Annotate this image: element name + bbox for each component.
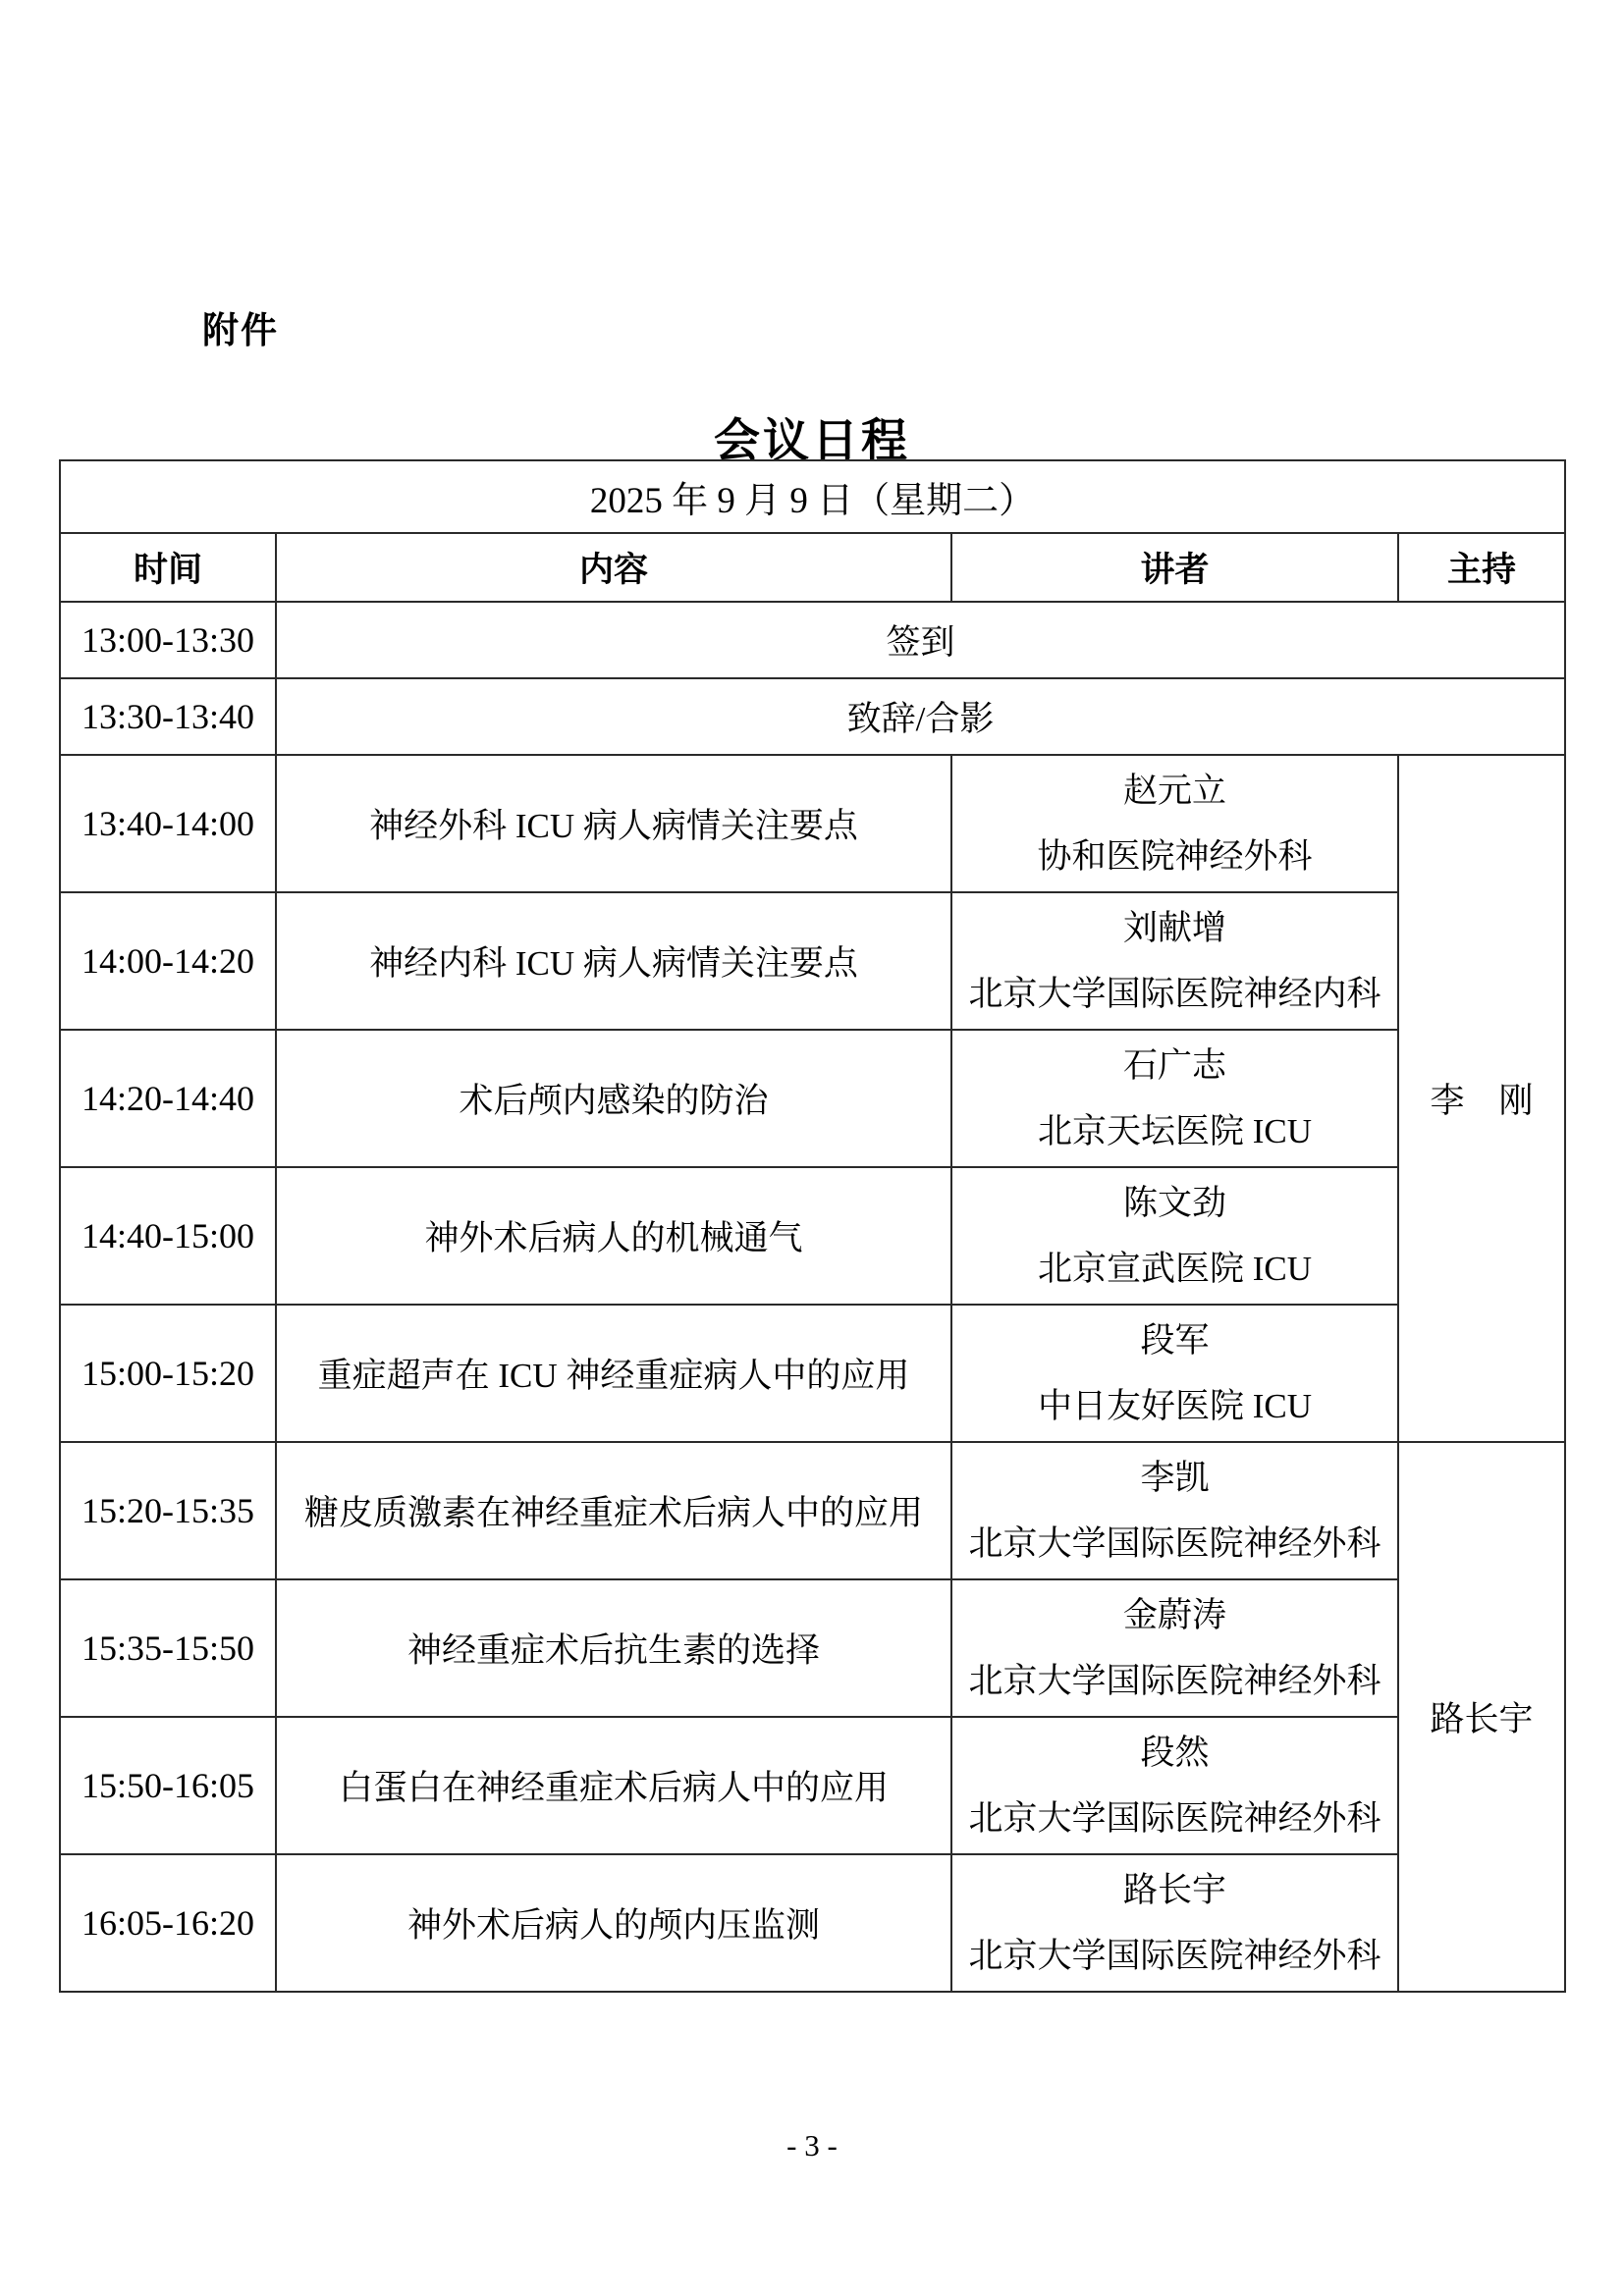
table-row: 15:35-15:50 神经重症术后抗生素的选择 金蔚涛 北京大学国际医院神经外…	[60, 1579, 1565, 1717]
page-number: - 3 -	[0, 2128, 1624, 2163]
content-cell: 神经重症术后抗生素的选择	[276, 1579, 951, 1717]
speaker-name: 段然	[952, 1720, 1397, 1786]
content-cell: 神经外科 ICU 病人病情关注要点	[276, 755, 951, 892]
time-cell: 13:40-14:00	[60, 755, 276, 892]
column-header-moderator: 主持	[1398, 533, 1565, 602]
moderator-cell: 路长宇	[1398, 1442, 1565, 1992]
content-cell: 白蛋白在神经重症术后病人中的应用	[276, 1717, 951, 1854]
time-cell: 14:00-14:20	[60, 892, 276, 1030]
speaker-name: 陈文劲	[952, 1170, 1397, 1236]
table-header-row: 时间 内容 讲者 主持	[60, 533, 1565, 602]
content-cell: 重症超声在 ICU 神经重症病人中的应用	[276, 1305, 951, 1442]
speaker-affiliation: 中日友好医院 ICU	[952, 1373, 1397, 1439]
speaker-affiliation: 协和医院神经外科	[952, 824, 1397, 889]
time-cell: 15:00-15:20	[60, 1305, 276, 1442]
speaker-cell: 路长宇 北京大学国际医院神经外科	[951, 1854, 1398, 1992]
speaker-affiliation: 北京宣武医院 ICU	[952, 1236, 1397, 1302]
speaker-affiliation: 北京大学国际医院神经内科	[952, 961, 1397, 1027]
table-row: 14:00-14:20 神经内科 ICU 病人病情关注要点 刘献增 北京大学国际…	[60, 892, 1565, 1030]
speaker-cell: 金蔚涛 北京大学国际医院神经外科	[951, 1579, 1398, 1717]
speaker-cell: 赵元立 协和医院神经外科	[951, 755, 1398, 892]
table-row: 14:20-14:40 术后颅内感染的防治 石广志 北京天坛医院 ICU	[60, 1030, 1565, 1167]
speaker-cell: 段然 北京大学国际医院神经外科	[951, 1717, 1398, 1854]
table-row-date: 2025 年 9 月 9 日（星期二）	[60, 460, 1565, 533]
table-row: 14:40-15:00 神外术后病人的机械通气 陈文劲 北京宣武医院 ICU	[60, 1167, 1565, 1305]
speaker-affiliation: 北京大学国际医院神经外科	[952, 1923, 1397, 1989]
time-cell: 13:00-13:30	[60, 602, 276, 678]
table-row: 15:20-15:35 糖皮质激素在神经重症术后病人中的应用 李凯 北京大学国际…	[60, 1442, 1565, 1579]
document-page: { "page": { "attachment_label": "附件", "t…	[0, 0, 1624, 2296]
speaker-name: 金蔚涛	[952, 1582, 1397, 1648]
speaker-cell: 陈文劲 北京宣武医院 ICU	[951, 1167, 1398, 1305]
column-header-speaker: 讲者	[951, 533, 1398, 602]
speaker-name: 赵元立	[952, 758, 1397, 824]
content-cell: 糖皮质激素在神经重症术后病人中的应用	[276, 1442, 951, 1579]
speaker-name: 段军	[952, 1308, 1397, 1373]
time-cell: 14:20-14:40	[60, 1030, 276, 1167]
speaker-name: 石广志	[952, 1033, 1397, 1098]
moderator-cell: 李 刚	[1398, 755, 1565, 1442]
column-header-time: 时间	[60, 533, 276, 602]
table-row: 15:00-15:20 重症超声在 ICU 神经重症病人中的应用 段军 中日友好…	[60, 1305, 1565, 1442]
speaker-affiliation: 北京天坛医院 ICU	[952, 1098, 1397, 1164]
attachment-label: 附件	[202, 300, 279, 353]
content-cell: 神经内科 ICU 病人病情关注要点	[276, 892, 951, 1030]
speaker-cell: 段军 中日友好医院 ICU	[951, 1305, 1398, 1442]
speaker-name: 刘献增	[952, 895, 1397, 961]
speaker-cell: 刘献增 北京大学国际医院神经内科	[951, 892, 1398, 1030]
content-cell: 签到	[276, 602, 1565, 678]
table-row: 13:30-13:40 致辞/合影	[60, 678, 1565, 755]
time-cell: 16:05-16:20	[60, 1854, 276, 1992]
speaker-cell: 石广志 北京天坛医院 ICU	[951, 1030, 1398, 1167]
table-row: 16:05-16:20 神外术后病人的颅内压监测 路长宇 北京大学国际医院神经外…	[60, 1854, 1565, 1992]
content-cell: 致辞/合影	[276, 678, 1565, 755]
table-row: 15:50-16:05 白蛋白在神经重症术后病人中的应用 段然 北京大学国际医院…	[60, 1717, 1565, 1854]
content-cell: 神外术后病人的颅内压监测	[276, 1854, 951, 1992]
time-cell: 15:20-15:35	[60, 1442, 276, 1579]
speaker-affiliation: 北京大学国际医院神经外科	[952, 1511, 1397, 1576]
content-cell: 术后颅内感染的防治	[276, 1030, 951, 1167]
agenda-table: 2025 年 9 月 9 日（星期二） 时间 内容 讲者 主持 13:00-13…	[59, 459, 1566, 1993]
time-cell: 13:30-13:40	[60, 678, 276, 755]
speaker-cell: 李凯 北京大学国际医院神经外科	[951, 1442, 1398, 1579]
time-cell: 14:40-15:00	[60, 1167, 276, 1305]
speaker-affiliation: 北京大学国际医院神经外科	[952, 1648, 1397, 1714]
speaker-name: 李凯	[952, 1445, 1397, 1511]
time-cell: 15:35-15:50	[60, 1579, 276, 1717]
speaker-affiliation: 北京大学国际医院神经外科	[952, 1786, 1397, 1851]
date-header-cell: 2025 年 9 月 9 日（星期二）	[60, 460, 1565, 533]
time-cell: 15:50-16:05	[60, 1717, 276, 1854]
table-row: 13:00-13:30 签到	[60, 602, 1565, 678]
table-row: 13:40-14:00 神经外科 ICU 病人病情关注要点 赵元立 协和医院神经…	[60, 755, 1565, 892]
content-cell: 神外术后病人的机械通气	[276, 1167, 951, 1305]
speaker-name: 路长宇	[952, 1857, 1397, 1923]
column-header-content: 内容	[276, 533, 951, 602]
